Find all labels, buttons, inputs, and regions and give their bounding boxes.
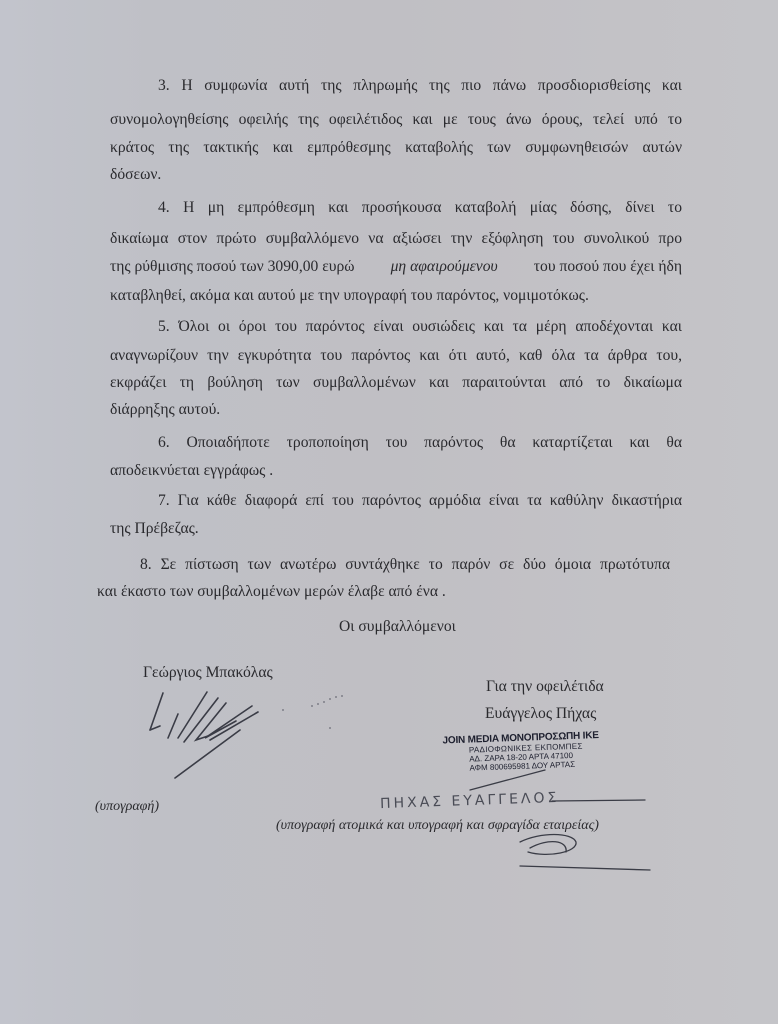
left-signature-icon	[150, 692, 258, 778]
text-line: κράτος της τακτικής και εμπρόθεσμης κατα…	[110, 139, 682, 157]
text-line: διάρρηξης αυτού.	[110, 401, 682, 419]
text-line: αναγνωρίζουν την εγκυρότητα του παρόντος…	[110, 347, 682, 365]
document-page: 3. Η συμφωνία αυτή της πληρωμής της πιο …	[0, 0, 778, 1024]
text-line: καταβληθεί, ακόμα και αυτού με την υπογρ…	[110, 287, 682, 305]
text-line: εκφράζει τη βούληση των συμβαλλομένων κα…	[110, 374, 682, 392]
italic-phrase: μη αφαιρούμενου	[391, 258, 498, 276]
text-line: 3. Η συμφωνία αυτή της πληρωμής της πιο …	[158, 77, 682, 95]
right-party-name: Ευάγγελος Πήχας	[485, 705, 596, 723]
handwritten-name: ΠΗΧΑΣ ΕΥΑΓΓΕΛΟΣ	[380, 790, 560, 812]
text-line: 8. Σε πίστωση των ανωτέρω συντάχθηκε το …	[140, 556, 670, 574]
text-line: της Πρέβεζας.	[110, 520, 682, 538]
faint-marks	[282, 695, 343, 729]
text-line: 6. Οποιαδήποτε τροποποίηση του παρόντος …	[158, 434, 682, 452]
right-party-caption: (υπογραφή ατομικά και υπογραφή και σφραγ…	[276, 818, 599, 834]
text-line: 5. Όλοι οι όροι του παρόντος είναι ουσιώ…	[158, 318, 682, 336]
text-line: δικαίωμα στον πρώτο συμβαλλόμενο να αξιώ…	[110, 230, 682, 248]
signatures-heading: Οι συμβαλλόμενοι	[339, 618, 456, 636]
text-segment: του ποσού που έχει ήδη	[534, 258, 682, 276]
text-line: 4. Η μη εμπρόθεσμη και προσήκουσα καταβο…	[158, 199, 682, 217]
text-line: της ρύθμισης ποσού των 3090,00 ευρώ μη α…	[110, 258, 682, 276]
text-line: και έκαστο των συμβαλλομένων μερών έλαβε…	[97, 583, 669, 601]
text-line: συνομολογηθείσης οφειλής της οφειλέτιδος…	[110, 111, 682, 129]
text-line: αποδεικνύεται εγγράφως .	[110, 462, 682, 480]
text-line: δόσεων.	[110, 166, 682, 184]
text-segment: της ρύθμισης ποσού των 3090,00 ευρώ	[110, 258, 355, 276]
company-stamp: JOIN MEDIA ΜΟΝΟΠΡΟΣΩΠΗ ΙΚΕ ΡΑΔΙΟΦΩΝΙΚΕΣ …	[442, 729, 643, 774]
left-party-name: Γεώργιος Μπακόλας	[143, 664, 273, 682]
text-line: 7. Για κάθε διαφορά επί του παρόντος αρμ…	[158, 492, 682, 510]
left-party-caption: (υπογραφή)	[95, 799, 159, 815]
right-party-label: Για την οφειλέτιδα	[486, 678, 604, 696]
